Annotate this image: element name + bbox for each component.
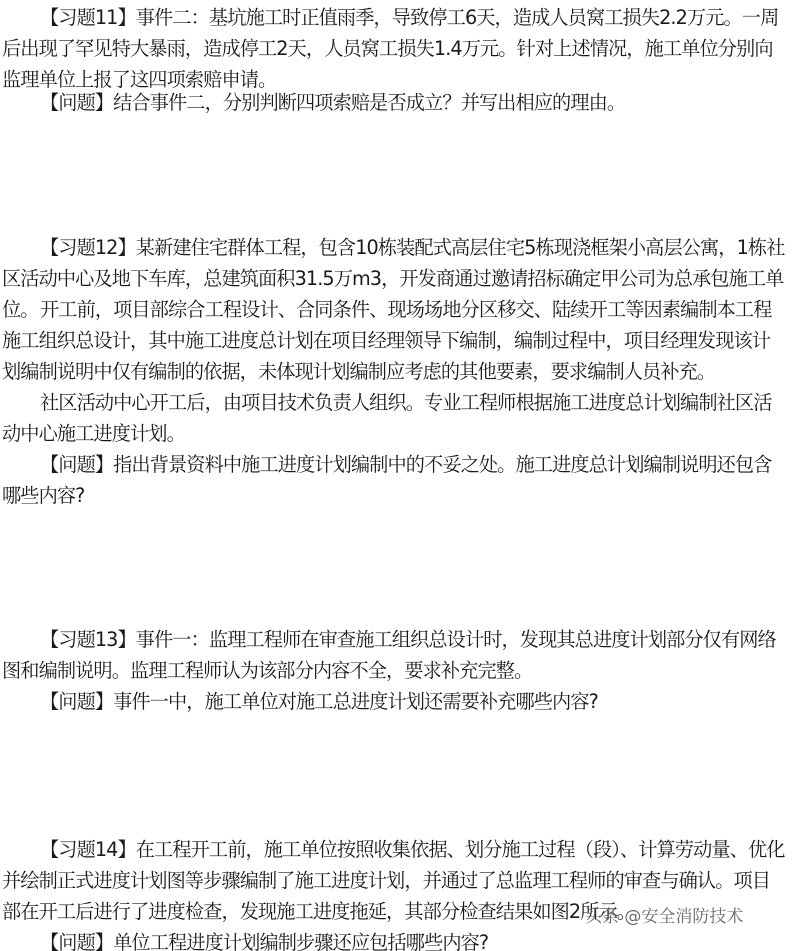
source-watermark: 头条 @安全消防技术: [585, 902, 743, 927]
document-page: 【习题11】事件二：基坑施工时正值雨季，导致停工6天，造成人员窝工损失2.2万元…: [0, 0, 792, 951]
exercise-11-question: 【问题】结合事件二，分别判断四项索赔是否成立？并写出相应的理由。: [2, 87, 788, 118]
exercise-13-body: 【习题13】事件一：监理工程师在审查施工组织总设计时，发现其总进度计划部分仅有网…: [2, 624, 788, 686]
exercise-12-question: 【问题】指出背景资料中施工进度计划编制中的不妥之处。施工进度总计划编制说明还包含…: [2, 449, 788, 511]
exercise-11-body: 【习题11】事件二：基坑施工时正值雨季，导致停工6天，造成人员窝工损失2.2万元…: [2, 2, 788, 95]
exercise-12-paragraph-3: 社区活动中心开工后，由项目技术负责人组织。专业工程师根据施工进度总计划编制社区活…: [2, 387, 788, 449]
exercise-12-paragraph-2: 开工前，项目部综合工程设计、合同条件、现场场地分区移交、陆续开工等因素编制本工程…: [2, 294, 788, 387]
exercise-13-question: 【问题】事件一中，施工单位对施工总进度计划还需要补充哪些内容?: [2, 686, 788, 717]
exercise-14-question: 【问题】单位工程进度计划编制步骤还应包括哪些内容?: [2, 927, 788, 951]
